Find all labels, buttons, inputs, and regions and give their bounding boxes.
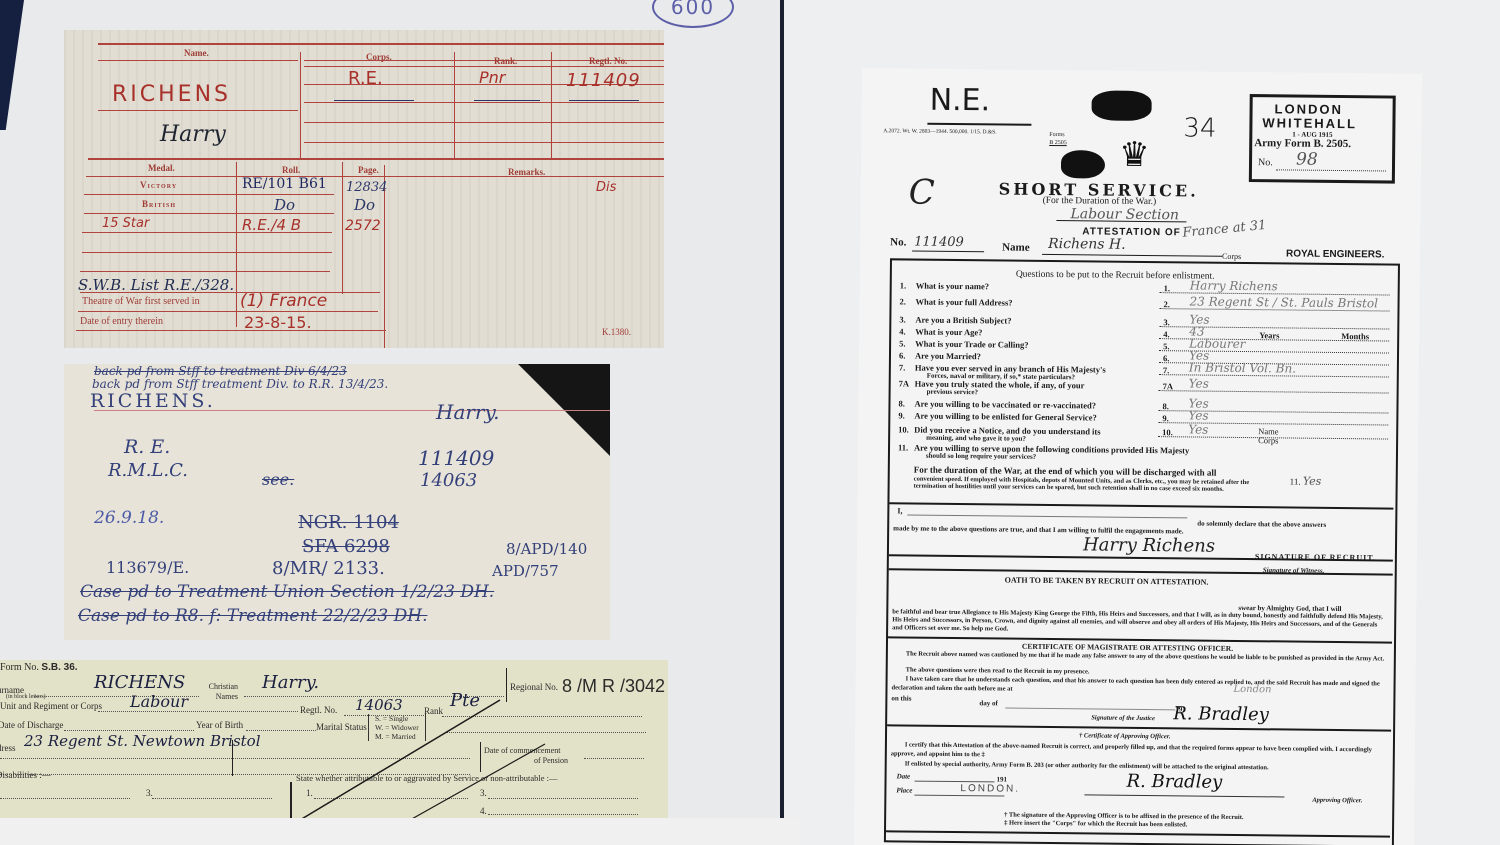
question-number: 5. [899, 338, 905, 348]
corps-label: Corps [1222, 252, 1241, 261]
rank-value: Pnr [479, 68, 505, 87]
record-surname: RICHENS. [90, 390, 216, 412]
record-ref-mr: 8/MR/ 2133. [272, 558, 385, 579]
approving-title: † Certificate of Approving Officer. [1079, 732, 1171, 740]
record-ref-apd-2: APD/757 [492, 562, 559, 580]
answer-number: 10. [1162, 427, 1173, 437]
record-date: 26.9.18. [94, 508, 164, 528]
roll-header: Roll. [282, 165, 300, 175]
sb36-form: Form No. S.B. 36. Surname (in block lett… [0, 660, 668, 820]
medal-header: Medal. [148, 163, 175, 173]
c-mark: C [908, 172, 934, 212]
ink-blot [1091, 90, 1151, 121]
theatre-label: Theatre of War first served in [82, 296, 200, 307]
record-number-1: 111409 [418, 446, 494, 470]
answer-number: 7. [1163, 365, 1169, 375]
regtl-no-header: Regtl. No. [589, 56, 627, 66]
diagonal-strike-lines [0, 660, 668, 820]
form-code: K.1380. [602, 327, 631, 337]
record-ref-apd-1: 8/APD/140 [506, 540, 587, 558]
day-of: day of [979, 699, 998, 707]
justice-signature: R. Bradley [1173, 703, 1269, 725]
ne-mark: N.E. [929, 83, 990, 119]
years-label: Years [1259, 330, 1279, 340]
question-number: 11. [898, 442, 908, 452]
record-see: see. [262, 470, 294, 489]
approving-signature: R. Bradley [1126, 771, 1222, 793]
record-corps-2: R.M.L.C. [108, 460, 188, 481]
question-number: 7A [899, 378, 909, 388]
name-label: Name [1002, 241, 1030, 253]
question-text: Are you Married? [915, 351, 981, 362]
handwritten-answer: Yes [1188, 422, 1208, 436]
forename: Harry [160, 122, 226, 147]
answer-number: 8. [1162, 401, 1168, 411]
medal-index-card: Name. Corps. Rank. Regtl. No. RICHENS Ha… [64, 30, 664, 348]
approving-year-191: 191 [997, 775, 1008, 783]
question-text: Are you willing to be vaccinated or re-v… [914, 399, 1096, 411]
question-number: 8. [898, 398, 904, 408]
approving-officer: Approving Officer. [1312, 797, 1362, 805]
record-ref-e: 113679/E. [106, 558, 189, 577]
remarks-header: Remarks. [508, 167, 545, 177]
handwritten-answer: Yes [1189, 376, 1209, 390]
date-entry-label: Date of entry therein [80, 316, 163, 327]
record-line-2: back pd from Stff treatment Div. to R.R.… [92, 377, 388, 391]
months-label: Months [1341, 331, 1369, 341]
question-number: 10. [898, 424, 909, 434]
answer-number: 5. [1163, 341, 1169, 351]
notice-corps-label: Corps [1258, 435, 1278, 445]
roll-15-star: R.E./4 B [242, 216, 301, 234]
record-struck-line-4: Case pd to R8. f: Treatment 22/2/23 DH. [78, 606, 427, 626]
answer-number: 6. [1163, 353, 1169, 363]
question-subtext: should so long require your services? [926, 452, 1036, 461]
corps-header: Corps. [366, 52, 392, 62]
answer-number: 9. [1162, 413, 1168, 423]
record-forename: Harry. [436, 400, 500, 424]
answer-number: 1. [1164, 283, 1170, 293]
roll-british: Do [274, 196, 295, 214]
handwritten-answer: Harry Richens [1190, 278, 1278, 293]
forms-label: Forms [1049, 132, 1064, 138]
answer-number: 4. [1163, 329, 1169, 339]
handwritten-answer: Yes [1188, 408, 1208, 422]
struck-line-1: back pd from Stff to treatment Div 6/4/2… [94, 364, 347, 378]
roll-victory: RE/101 B61 [242, 176, 327, 192]
question-number: 3. [899, 314, 905, 324]
question-number: 1. [900, 280, 906, 290]
no-value: 111409 [914, 235, 964, 251]
ink-blot [1061, 150, 1105, 178]
record-corps-1: R. E. [124, 436, 170, 458]
question-text: Are you a British Subject? [915, 315, 1011, 326]
paper-edge [0, 818, 800, 845]
record-struck-line-3: Case pd to Treatment Union Section 1/2/2… [80, 582, 494, 602]
question-text: What is your full Address? [916, 297, 1013, 308]
corps-value: ROYAL ENGINEERS. [1286, 248, 1384, 260]
medal-victory: Victory [140, 180, 177, 190]
page-15-star: 2572 [345, 218, 381, 234]
question-number: 6. [899, 350, 905, 360]
swb-list: S.W.B. List R.E./328. [78, 276, 234, 294]
question-subtext: meaning, and who gave it to you? [926, 434, 1026, 443]
answer-number: 3. [1163, 317, 1169, 327]
question-number: 7. [899, 362, 905, 372]
date-entry-value: 23-8-15. [244, 313, 312, 332]
name-value: Richens H. [1048, 236, 1126, 253]
royal-crest-icon: ♛ [1119, 135, 1150, 175]
record-card: back pd from Stff to treatment Div 6/4/2… [64, 364, 610, 640]
record-struck-ref-1: NGR. 1104 [298, 512, 399, 533]
stamp-number: 34 [1183, 113, 1216, 143]
question-text: What is your Age? [915, 327, 982, 338]
name-header: Name. [184, 48, 209, 58]
corps-value: R.E. [348, 68, 383, 89]
form-subtitle: (For the Duration of the War.) [1043, 196, 1157, 207]
print-line: A.2072. Wt. W. 2803—1944. 500,000. 1/15.… [883, 128, 996, 135]
on-this: on this [891, 694, 911, 702]
place-value: LONDON. [960, 783, 1020, 795]
handwritten-france: France at 31 [1182, 218, 1267, 241]
no-label: No. [890, 236, 906, 248]
q11-answer-row: 11. Yes [1290, 475, 1322, 488]
declaration-i: I, [897, 506, 902, 515]
medal-british: British [142, 199, 176, 209]
declaration-text-1: do solemnly declare that the above answe… [1197, 520, 1326, 529]
record-struck-ref-2: SFA 6298 [302, 536, 390, 557]
rank-header: Rank. [494, 56, 517, 66]
remarks-victory: Dis [596, 180, 616, 195]
surname: RICHENS [112, 82, 231, 107]
recruit-signature: Harry Richens [1083, 534, 1215, 556]
medal-15-star: 15 Star [102, 216, 149, 231]
answer-number: 7A [1163, 381, 1173, 391]
question-text: Are you willing to be enlisted for Gener… [914, 411, 1097, 423]
page-british: Do [354, 196, 375, 214]
question-subtext: previous service? [927, 388, 978, 397]
attestation-form: N.E. A.2072. Wt. W. 2803—1944. 500,000. … [854, 68, 1422, 845]
question-text: What is your Trade or Calling? [915, 339, 1029, 350]
certificate-place: London [1233, 684, 1271, 695]
receiving-stamp: LONDON WHITEHALL 1 - AUG 1915 Army Form … [1249, 94, 1396, 184]
handwritten-answer: 23 Regent St / St. Pauls Bristol [1190, 294, 1379, 310]
theatre-value: (1) France [240, 291, 327, 311]
question-number: 2. [900, 296, 906, 306]
question-text: What is your name? [916, 281, 989, 292]
record-number-2: 14063 [420, 470, 477, 491]
page-victory: 12834 [346, 180, 387, 195]
question-number: 9. [898, 410, 904, 420]
handwritten-answer: In Bristol Vol. Bn. [1189, 360, 1296, 375]
regtl-no-value: 111409 [566, 70, 641, 91]
place-label: Place [896, 786, 912, 794]
questions-title: Questions to be put to the Recruit befor… [1016, 270, 1215, 282]
answer-number: 2. [1163, 299, 1169, 309]
page-header: Page. [358, 165, 379, 175]
date-label: Date [897, 772, 911, 780]
question-number: 4. [899, 326, 905, 336]
forms-code: B 2505 [1049, 140, 1067, 146]
signature-of-justice: Signature of the Justice [1091, 714, 1155, 722]
